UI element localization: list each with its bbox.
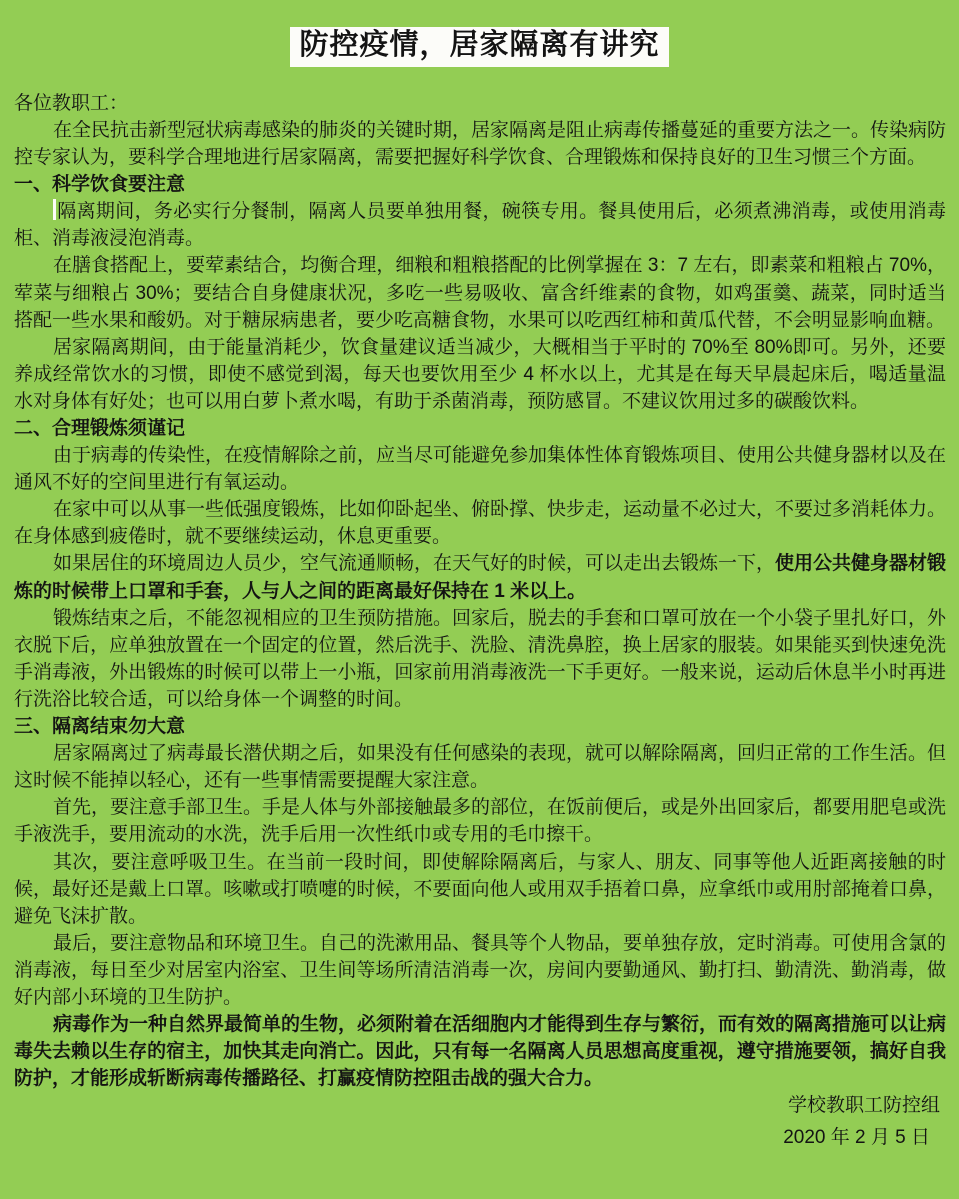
title-row: 防控疫情，居家隔离有讲究 bbox=[0, 0, 959, 67]
section-heading: 三、隔离结束勿大意 bbox=[14, 713, 946, 740]
paragraph: 其次，要注意呼吸卫生。在当前一段时间，即使解除隔离后，与家人、朋友、同事等他人近… bbox=[14, 849, 946, 930]
date-line: 2020 年 2 月 5 日 bbox=[14, 1124, 946, 1151]
signature: 学校教职工防控组 bbox=[14, 1092, 946, 1119]
text-run: 一、科学饮食要注意 bbox=[14, 174, 185, 195]
section-heading: 一、科学饮食要注意 bbox=[14, 171, 946, 198]
text-run: 居家隔离过了病毒最长潜伏期之后，如果没有任何感染的表现，就可以解除隔离，回归正常… bbox=[14, 743, 946, 791]
text-run: 其次，要注意呼吸卫生。在当前一段时间，即使解除隔离后，与家人、朋友、同事等他人近… bbox=[14, 852, 946, 927]
paragraph: 最后，要注意物品和环境卫生。自己的洗漱用品、餐具等个人物品，要单独存放，定时消毒… bbox=[14, 930, 946, 1011]
document-body[interactable]: 各位教职工：在全民抗击新型冠状病毒感染的肺炎的关键时期，居家隔离是阻止病毒传播蔓… bbox=[0, 67, 959, 1152]
paragraph: 如果居住的环境周边人员少，空气流通顺畅，在天气好的时候，可以走出去锻炼一下，使用… bbox=[14, 550, 946, 604]
text-run: 学校教职工防控组 bbox=[788, 1095, 940, 1116]
paragraph: 由于病毒的传染性，在疫情解除之前，应当尽可能避免参加集体性体育锻炼项目、使用公共… bbox=[14, 442, 946, 496]
text-run: 各位教职工： bbox=[14, 93, 128, 114]
text-run: 如果居住的环境周边人员少，空气流通顺畅，在天气好的时候，可以走出去锻炼一下， bbox=[53, 553, 775, 574]
text-run: 三、隔离结束勿大意 bbox=[14, 716, 185, 737]
paragraph: 首先，要注意手部卫生。手是人体与外部接触最多的部位，在饭前便后，或是外出回家后，… bbox=[14, 794, 946, 848]
text-run: 在家中可以从事一些低强度锻炼，比如仰卧起坐、俯卧撑、快步走，运动量不必过大，不要… bbox=[14, 499, 946, 547]
greeting-line: 各位教职工： bbox=[14, 90, 946, 117]
text-run: 首先，要注意手部卫生。手是人体与外部接触最多的部位，在饭前便后，或是外出回家后，… bbox=[14, 797, 946, 845]
page-title: 防控疫情，居家隔离有讲究 bbox=[290, 27, 668, 67]
paragraph: 居家隔离过了病毒最长潜伏期之后，如果没有任何感染的表现，就可以解除隔离，回归正常… bbox=[14, 740, 946, 794]
paragraph: 在家中可以从事一些低强度锻炼，比如仰卧起坐、俯卧撑、快步走，运动量不必过大，不要… bbox=[14, 496, 946, 550]
text-run: 病毒作为一种自然界最简单的生物，必须附着在活细胞内才能得到生存与繁衍，而有效的隔… bbox=[14, 1014, 946, 1089]
paragraph: 锻炼结束之后，不能忽视相应的卫生预防措施。回家后，脱去的手套和口罩可放在一个小袋… bbox=[14, 605, 946, 713]
text-run: 最后，要注意物品和环境卫生。自己的洗漱用品、餐具等个人物品，要单独存放，定时消毒… bbox=[14, 933, 946, 1008]
paragraph: 病毒作为一种自然界最简单的生物，必须附着在活细胞内才能得到生存与繁衍，而有效的隔… bbox=[14, 1011, 946, 1092]
text-cursor bbox=[53, 199, 56, 220]
paragraph: 在全民抗击新型冠状病毒感染的肺炎的关键时期，居家隔离是阻止病毒传播蔓延的重要方法… bbox=[14, 117, 946, 171]
text-run: 二、合理锻炼须谨记 bbox=[14, 418, 185, 439]
text-run: 锻炼结束之后，不能忽视相应的卫生预防措施。回家后，脱去的手套和口罩可放在一个小袋… bbox=[14, 608, 946, 710]
text-run: 隔离期间，务必实行分餐制，隔离人员要单独用餐，碗筷专用。餐具使用后，必须煮沸消毒… bbox=[14, 201, 946, 249]
text-run: 在膳食搭配上，要荤素结合，均衡合理，细粮和粗粮搭配的比例掌握在 3：7 左右，即… bbox=[14, 255, 946, 330]
paragraph: 在膳食搭配上，要荤素结合，均衡合理，细粮和粗粮搭配的比例掌握在 3：7 左右，即… bbox=[14, 252, 946, 333]
text-run: 居家隔离期间，由于能量消耗少，饮食量建议适当减少，大概相当于平时的 70%至 8… bbox=[14, 337, 946, 412]
paragraph: 隔离期间，务必实行分餐制，隔离人员要单独用餐，碗筷专用。餐具使用后，必须煮沸消毒… bbox=[14, 198, 946, 252]
text-run: 由于病毒的传染性，在疫情解除之前，应当尽可能避免参加集体性体育锻炼项目、使用公共… bbox=[14, 445, 946, 493]
notice-page: { "page": { "background_color": "#93CD54… bbox=[0, 0, 959, 1199]
text-run: 在全民抗击新型冠状病毒感染的肺炎的关键时期，居家隔离是阻止病毒传播蔓延的重要方法… bbox=[14, 120, 946, 168]
section-heading: 二、合理锻炼须谨记 bbox=[14, 415, 946, 442]
paragraph: 居家隔离期间，由于能量消耗少，饮食量建议适当减少，大概相当于平时的 70%至 8… bbox=[14, 334, 946, 415]
text-run: 2020 年 2 月 5 日 bbox=[783, 1127, 930, 1148]
